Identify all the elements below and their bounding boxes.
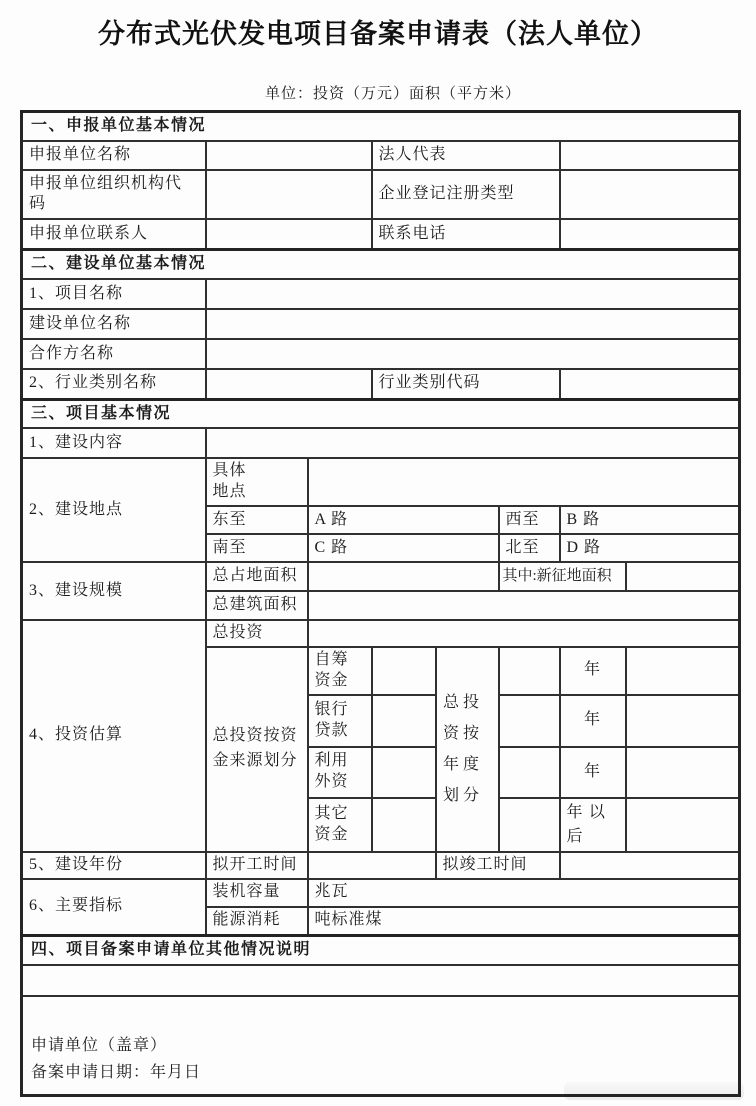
form-page: 分布式光伏发电项目备案申请表（法人单位） 单位：投资（万元）面积（平方米） 一、… (0, 0, 756, 1106)
label-planned-finish-time: 拟竣工时间 (436, 852, 560, 879)
label-construction-location: 2、建设地点 (22, 458, 206, 562)
field-org-code (206, 170, 372, 219)
label-planned-start-time: 拟开工时间 (206, 852, 308, 879)
field-total-building-area (308, 591, 740, 620)
label-investment-by-year: 总投资按年度划分 (436, 647, 499, 852)
stamp-line: 申请单位（盖章） (31, 1032, 730, 1059)
field-year-2-amount (626, 695, 740, 747)
field-registration-type (560, 170, 740, 219)
form-title: 分布式光伏发电项目备案申请表（法人单位） (0, 0, 756, 51)
field-partner-name (206, 339, 740, 369)
label-source-other-funds: 其它资金 (308, 798, 372, 852)
label-investment-by-source: 总投资按资金来源划分 (206, 647, 308, 852)
label-construction-years: 5、建设年份 (22, 852, 206, 879)
label-year-3: 年 (560, 747, 626, 798)
value-south: C 路 (308, 534, 499, 562)
label-east: 东至 (206, 506, 308, 534)
label-source-self-raised: 自筹资金 (308, 647, 372, 695)
label-new-land-area: 其中:新征地面积 (499, 562, 626, 591)
field-total-investment (308, 620, 740, 647)
label-specific-location: 具体地点 (206, 458, 308, 506)
field-contact-person (206, 219, 372, 250)
field-legal-representative (560, 141, 740, 170)
field-other-notes-main: 申请单位（盖章） 备案申请日期：年月日 (22, 996, 740, 1096)
label-energy-consumption: 能源消耗 (206, 907, 308, 936)
field-specific-location (308, 458, 740, 506)
field-industry-name (206, 369, 372, 399)
field-source-bank-loan (372, 695, 436, 747)
application-form-table: 一、申报单位基本情况 申报单位名称 法人代表 申报单位组织机构代码 企业登记注册… (20, 110, 741, 1097)
section1-header: 一、申报单位基本情况 (22, 112, 740, 141)
field-other-notes-top (22, 965, 740, 996)
label-year-2: 年 (560, 695, 626, 747)
field-new-land-area (626, 562, 740, 591)
field-year-1-number (499, 647, 560, 695)
field-construction-unit-name (206, 309, 740, 339)
label-project-name: 1、项目名称 (22, 279, 206, 309)
label-construction-scale: 3、建设规模 (22, 562, 206, 620)
field-year-4-number (499, 798, 560, 852)
label-source-foreign-capital: 利用外资 (308, 747, 372, 798)
field-total-land-area (308, 562, 499, 591)
label-installed-capacity: 装机容量 (206, 879, 308, 907)
value-east: A 路 (308, 506, 499, 534)
value-north: D 路 (560, 534, 740, 562)
field-year-1-amount (626, 647, 740, 695)
field-construction-content (206, 428, 740, 458)
label-total-land-area: 总占地面积 (206, 562, 308, 591)
label-main-indicators: 6、主要指标 (22, 879, 206, 936)
label-org-code: 申报单位组织机构代码 (22, 170, 206, 219)
label-year-1: 年 (560, 647, 626, 695)
unit-note: 单位：投资（万元）面积（平方米） (0, 82, 756, 103)
label-partner-name: 合作方名称 (22, 339, 206, 369)
section2-header: 二、建设单位基本情况 (22, 250, 740, 279)
field-planned-start-time (308, 852, 436, 879)
label-declare-unit-name: 申报单位名称 (22, 141, 206, 170)
field-contact-phone (560, 219, 740, 250)
field-source-self-raised (372, 647, 436, 695)
field-planned-finish-time (560, 852, 740, 879)
field-year-3-amount (626, 747, 740, 798)
field-year-3-number (499, 747, 560, 798)
scan-artifact (564, 1082, 744, 1100)
label-construction-unit-name: 建设单位名称 (22, 309, 206, 339)
field-source-other-funds (372, 798, 436, 852)
value-energy-unit: 吨标准煤 (308, 907, 740, 936)
label-north: 北至 (499, 534, 560, 562)
field-declare-unit-name (206, 141, 372, 170)
label-total-investment: 总投资 (206, 620, 308, 647)
label-investment-estimate: 4、投资估算 (22, 620, 206, 852)
label-industry-name: 2、行业类别名称 (22, 369, 206, 399)
field-year-4-amount (626, 798, 740, 852)
field-source-foreign-capital (372, 747, 436, 798)
field-project-name (206, 279, 740, 309)
label-year-after: 年以后 (560, 798, 626, 852)
field-year-2-number (499, 695, 560, 747)
value-west: B 路 (560, 506, 740, 534)
label-west: 西至 (499, 506, 560, 534)
label-contact-phone: 联系电话 (372, 219, 560, 250)
label-contact-person: 申报单位联系人 (22, 219, 206, 250)
label-construction-content: 1、建设内容 (22, 428, 206, 458)
label-total-building-area: 总建筑面积 (206, 591, 308, 620)
section3-header: 三、项目基本情况 (22, 399, 740, 428)
section4-header: 四、项目备案申请单位其他情况说明 (22, 936, 740, 965)
label-legal-representative: 法人代表 (372, 141, 560, 170)
value-capacity-unit: 兆瓦 (308, 879, 740, 907)
field-industry-code (560, 369, 740, 399)
label-source-bank-loan: 银行贷款 (308, 695, 372, 747)
label-south: 南至 (206, 534, 308, 562)
label-industry-code: 行业类别代码 (372, 369, 560, 399)
label-registration-type: 企业登记注册类型 (372, 170, 560, 219)
